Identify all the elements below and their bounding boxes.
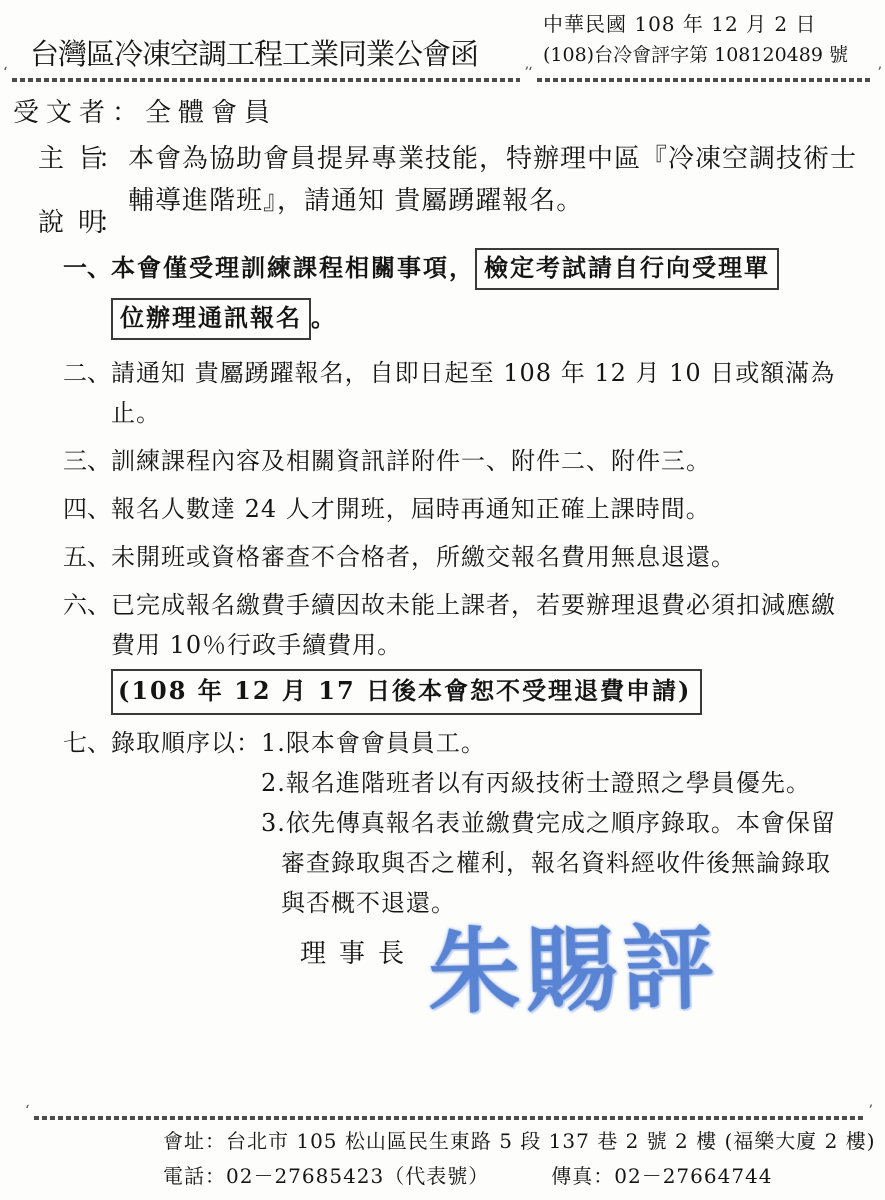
document-title: 台灣區冷凍空調工程工業同業公會函 bbox=[30, 32, 478, 73]
item-1-line-1: 本會僅受理訓練課程相關事項，檢定考試請自行向受理單 bbox=[111, 247, 871, 290]
reference-number: (108)台冷會評字第 108120489 號 bbox=[543, 40, 878, 67]
item-4-number: 四、 bbox=[63, 489, 111, 529]
item-4-text: 報名人數達 24 人才開班，屆時再通知正確上課時間。 bbox=[111, 489, 871, 529]
list-item-5: 五、 未開班或資格審查不合格者，所繳交報名費用無息退還。 bbox=[63, 537, 871, 577]
footer-contacts: 電話：02－27685423（代表號） 傳真：02－27664744 bbox=[163, 1159, 876, 1194]
footer: 會址：台北市 105 松山區民生東路 5 段 137 巷 2 號 2 樓 (福樂… bbox=[163, 1124, 876, 1194]
letter-page: 台灣區冷凍空調工程工業同業公會函 中華民國 108 年 12 月 2 日 (10… bbox=[0, 0, 885, 1200]
item-3-text: 訓練課程內容及相關資訊詳附件一、附件二、附件三。 bbox=[111, 441, 871, 481]
list-item-6: 六、 已完成報名繳費手續因故未能上課者，若要辦理退費必須扣減應繳 費用 10％行… bbox=[63, 585, 871, 715]
item-5-number: 五、 bbox=[63, 537, 111, 577]
recipient-line: 受文者：全體會員 bbox=[13, 92, 277, 129]
item-2-text: 請通知 貴屬踴躍報名，自即日起至 108 年 12 月 10 日或額滿為止。 bbox=[111, 353, 871, 433]
header-divider-right bbox=[537, 78, 873, 82]
footer-address: 會址：台北市 105 松山區民生東路 5 段 137 巷 2 號 2 樓 (福樂… bbox=[163, 1124, 876, 1159]
footer-divider bbox=[34, 1116, 864, 1120]
item-1-suffix: 。 bbox=[311, 303, 337, 332]
highlight-box-line-2: 位辦理通訊報名 bbox=[111, 298, 311, 340]
subject-text: 本會為協助會員提昇專業技能，特辦理中區『冷凍空調技術士 輔導進階班』，請通知 貴… bbox=[128, 138, 863, 222]
item-7-body: 錄取順序以：1.限本會會員員工。 2.報名進階班者以有丙級技術士證照之學員優先。… bbox=[111, 723, 871, 923]
item-5-text: 未開班或資格審查不合格者，所繳交報名費用無息退還。 bbox=[111, 537, 871, 577]
item-3-number: 三、 bbox=[63, 441, 111, 481]
item-7-number: 七、 bbox=[63, 723, 111, 923]
explanation-field: 說 明： bbox=[38, 202, 128, 244]
subject-line-1: 本會為協助會員提昇專業技能，特辦理中區『冷凍空調技術士 bbox=[128, 138, 863, 180]
item-2-number: 二、 bbox=[63, 353, 111, 433]
explanation-label: 說 明： bbox=[38, 202, 118, 244]
subject-line-2: 輔導進階班』，請通知 貴屬踴躍報名。 bbox=[128, 180, 863, 222]
explanation-items: 一、 本會僅受理訓練課程相關事項，檢定考試請自行向受理單 位辦理通訊報名。 二、… bbox=[63, 247, 871, 931]
document-date: 中華民國 108 年 12 月 2 日 bbox=[543, 8, 878, 37]
item-7-line-1: 錄取順序以：1.限本會會員員工。 bbox=[111, 723, 871, 763]
footer-phone: 電話：02－27685423（代表號） bbox=[163, 1159, 489, 1194]
list-item-4: 四、 報名人數達 24 人才開班，屆時再通知正確上課時間。 bbox=[63, 489, 871, 529]
highlight-box-line-1: 檢定考試請自行向受理單 bbox=[475, 248, 779, 290]
item-6-line-2: 費用 10％行政手續費用。 bbox=[111, 625, 871, 665]
footer-fax: 傳真：02－27664744 bbox=[551, 1159, 772, 1194]
chairman-signature-stamp: 朱賜評 bbox=[427, 894, 720, 1031]
item-1-number: 一、 bbox=[63, 247, 111, 340]
item-7-sub-3-line-1: 3.依先傳真報名表並繳費完成之順序錄取。本會保留 bbox=[261, 803, 871, 843]
header-meta: 中華民國 108 年 12 月 2 日 (108)台冷會評字第 10812048… bbox=[543, 8, 878, 67]
item-1-prefix: 本會僅受理訓練課程相關事項， bbox=[111, 253, 475, 282]
chairman-label: 理事長 bbox=[300, 933, 417, 970]
subject-field: 主 旨： 本會為協助會員提昇專業技能，特辦理中區『冷凍空調技術士 輔導進階班』，… bbox=[38, 138, 863, 222]
list-item-2: 二、 請通知 貴屬踴躍報名，自即日起至 108 年 12 月 10 日或額滿為止… bbox=[63, 353, 871, 433]
item-7-lead: 錄取順序以： bbox=[111, 729, 261, 757]
item-1-line-2: 位辦理通訊報名。 bbox=[111, 297, 871, 340]
refund-deadline-box: (108 年 12 月 17 日後本會恕不受理退費申請) bbox=[111, 669, 702, 715]
list-item-3: 三、 訓練課程內容及相關資訊詳附件一、附件二、附件三。 bbox=[63, 441, 871, 481]
item-7-sub-3-line-2: 審查錄取與否之權利，報名資料經收件後無論錄取 bbox=[281, 843, 871, 883]
item-6-line-1: 已完成報名繳費手續因故未能上課者，若要辦理退費必須扣減應繳 bbox=[111, 585, 871, 625]
item-7-sub-1: 1.限本會會員員工。 bbox=[261, 729, 486, 757]
item-6-number: 六、 bbox=[63, 585, 111, 715]
header-divider-left bbox=[12, 78, 520, 82]
item-1-body: 本會僅受理訓練課程相關事項，檢定考試請自行向受理單 位辦理通訊報名。 bbox=[111, 247, 871, 340]
list-item-7: 七、 錄取順序以：1.限本會會員員工。 2.報名進階班者以有丙級技術士證照之學員… bbox=[63, 723, 871, 923]
item-6-body: 已完成報名繳費手續因故未能上課者，若要辦理退費必須扣減應繳 費用 10％行政手續… bbox=[111, 585, 871, 715]
list-item-1: 一、 本會僅受理訓練課程相關事項，檢定考試請自行向受理單 位辦理通訊報名。 bbox=[63, 247, 871, 340]
item-7-sub-2: 2.報名進階班者以有丙級技術士證照之學員優先。 bbox=[261, 763, 871, 803]
